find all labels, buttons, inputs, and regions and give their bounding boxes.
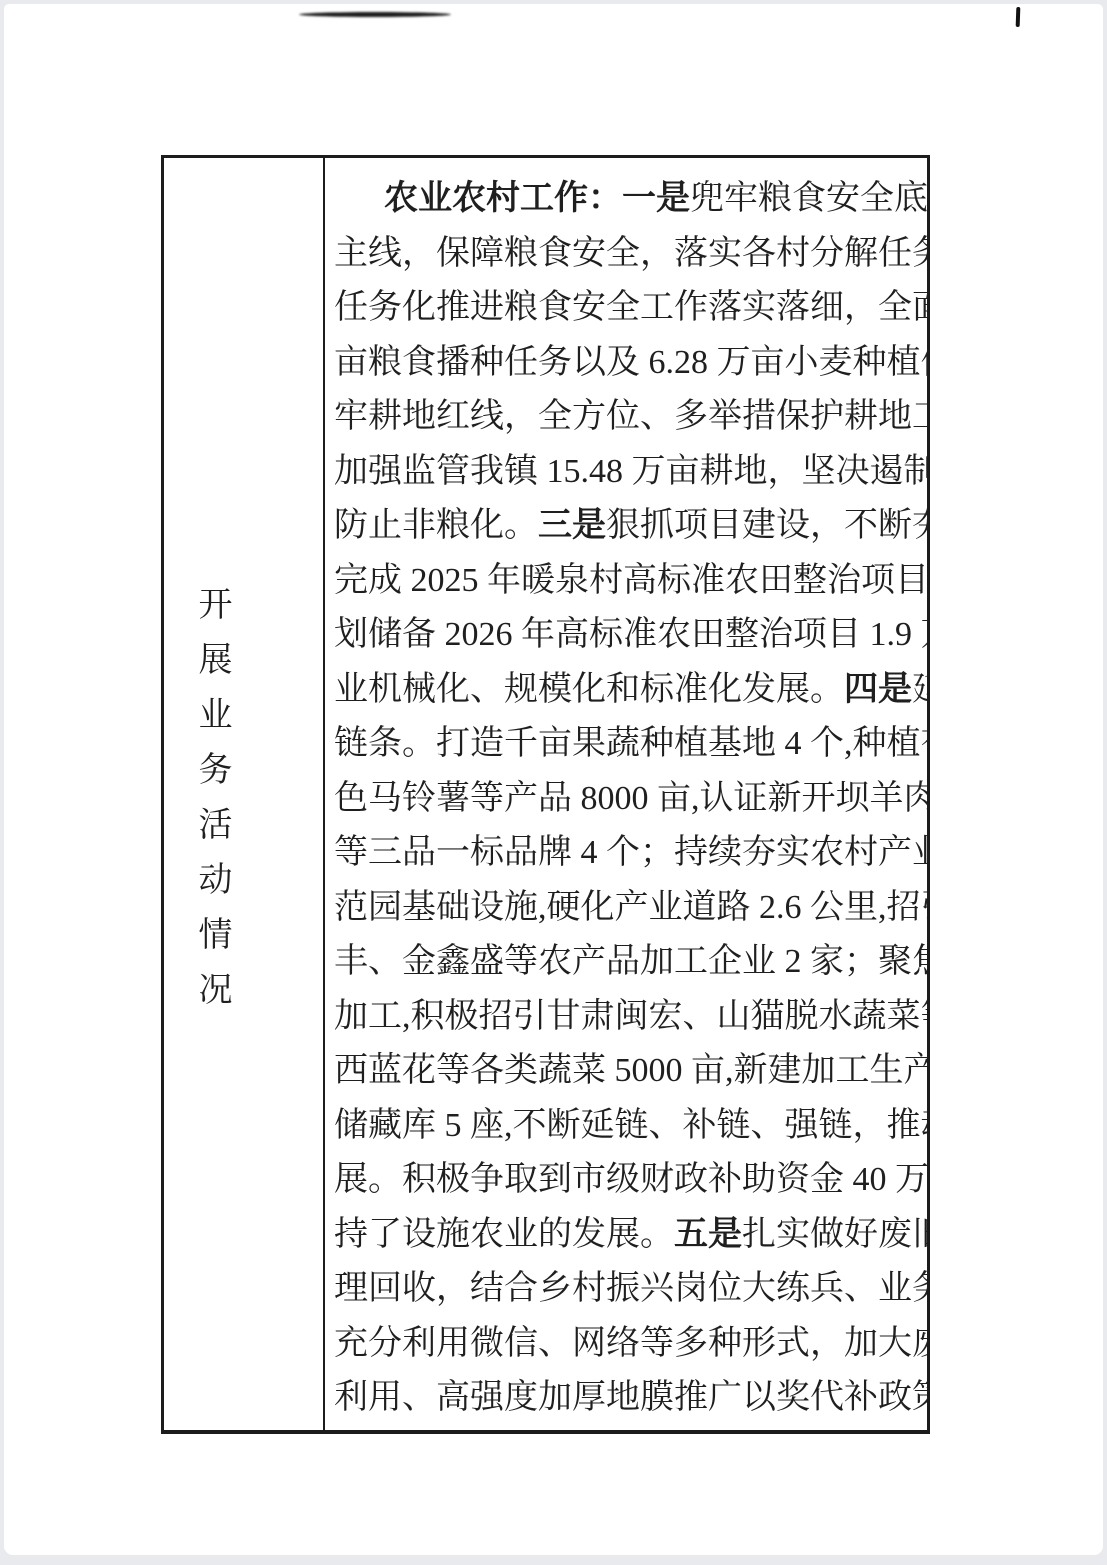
row-label-char: 展	[199, 629, 233, 684]
text-line: 储藏库 5 座,不断延链、补链、强链，推动产业链式发	[334, 1099, 917, 1154]
text-line: 利用、高强度加厚地膜推广以奖代补政策宣传力度，	[334, 1371, 917, 1426]
text-segment: 牢耕地红线，全方位、多举措保护耕地工作，全流程	[334, 398, 927, 435]
text-segment: 完成 2025 年暖泉村高标准农田整治项目 1.07 万亩,谋	[334, 562, 927, 599]
text-segment: 加工,积极招引甘肃闽宏、山猫脱水蔬菜等企业,种植	[334, 998, 927, 1035]
text-segment: 延伸壮大产业	[912, 671, 927, 708]
row-label-char: 活	[199, 794, 233, 849]
scan-smudge-artifact	[299, 12, 451, 17]
text-line: 任务化推进粮食安全工作落实落细，全面完成 10.7 万	[334, 281, 917, 336]
text-segment: 业机械化、规模化和标准化发展。	[334, 671, 844, 708]
text-line: 业机械化、规模化和标准化发展。四是延伸壮大产业	[334, 663, 917, 718]
text-line: 防止非粮化。三是狠抓项目建设，不断夯实农业基础，	[334, 499, 917, 554]
bold-text-segment: 四是	[844, 671, 912, 708]
text-line: 理回收，结合乡村振兴岗位大练兵、业务大比武活动，	[334, 1262, 917, 1317]
page-sheet: 开展业务活动情况 农业农村工作：一是兜牢粮食安全底线性任务为主线，保障粮食安全，…	[4, 4, 1103, 1555]
text-line: 主线，保障粮食安全，落实各村分解任务，以清单化、	[334, 227, 917, 282]
scanned-document-page: 开展业务活动情况 农业农村工作：一是兜牢粮食安全底线性任务为主线，保障粮食安全，…	[0, 0, 1107, 1565]
text-line: 丰、金鑫盛等农产品加工企业 2 家；聚焦农产品精深	[334, 935, 917, 990]
text-segment: 扎实做好废旧农膜污染治	[742, 1216, 927, 1253]
text-segment: 链条。打造千亩果蔬种植基地 4 个,种植有机亚麻、绿	[334, 725, 927, 762]
text-segment: 防止非粮化。	[334, 507, 538, 544]
text-segment: 加强监管我镇 15.48 万亩耕地，坚决遏制耕地非农化、	[334, 453, 927, 490]
activity-cell: 农业农村工作：一是兜牢粮食安全底线性任务为主线，保障粮食安全，落实各村分解任务，…	[325, 158, 927, 1430]
row-label-char: 况	[199, 959, 233, 1014]
text-segment: 展。积极争取到市级财政补助资金 40 万元，有力的支	[334, 1161, 927, 1198]
bold-text-segment: 农业农村工作：	[384, 180, 622, 217]
text-line: 牢耕地红线，全方位、多举措保护耕地工作，全流程	[334, 390, 917, 445]
bold-text-segment: 三是	[538, 507, 606, 544]
text-segment: 狠抓项目建设，不断夯实农业基础，	[606, 507, 927, 544]
text-line: 链条。打造千亩果蔬种植基地 4 个,种植有机亚麻、绿	[334, 717, 917, 772]
text-line: 充分利用微信、网络等多种形式，加大废旧地膜回收	[334, 1317, 917, 1372]
text-segment: 丰、金鑫盛等农产品加工企业 2 家；聚焦农产品精深	[334, 943, 927, 980]
row-label-char: 情	[199, 904, 233, 959]
text-segment: 任务化推进粮食安全工作落实落细，全面完成 10.7 万	[334, 289, 927, 326]
text-segment: 充分利用微信、网络等多种形式，加大废旧地膜回收	[334, 1325, 927, 1362]
text-line: 展。积极争取到市级财政补助资金 40 万元，有力的支	[334, 1153, 917, 1208]
text-segment: 西蓝花等各类蔬菜 5000 亩,新建加工生产线 4 条,建造	[334, 1052, 927, 1089]
text-segment: 主线，保障粮食安全，落实各村分解任务，以清单化、	[334, 235, 927, 272]
text-segment: 利用、高强度加厚地膜推广以奖代补政策宣传力度，	[334, 1379, 927, 1416]
scan-tick-artifact	[1016, 7, 1021, 27]
text-segment: 范园基础设施,硬化产业道路 2.6 公里,招引入驻久沃	[334, 889, 927, 926]
bold-text-segment: 五是	[674, 1216, 742, 1253]
row-label-cell: 开展业务活动情况	[164, 158, 325, 1430]
text-line: 范园基础设施,硬化产业道路 2.6 公里,招引入驻久沃	[334, 881, 917, 936]
row-label-vertical-text: 开展业务活动情况	[199, 574, 233, 1014]
activity-text: 农业农村工作：一是兜牢粮食安全底线性任务为主线，保障粮食安全，落实各村分解任务，…	[334, 172, 917, 1426]
text-line: 色马铃薯等产品 8000 亩,认证新开坝羊肉、贝贝南瓜	[334, 772, 917, 827]
text-line: 加强监管我镇 15.48 万亩耕地，坚决遏制耕地非农化、	[334, 445, 917, 500]
report-table: 开展业务活动情况 农业农村工作：一是兜牢粮食安全底线性任务为主线，保障粮食安全，…	[161, 155, 930, 1434]
text-segment: 储藏库 5 座,不断延链、补链、强链，推动产业链式发	[334, 1107, 927, 1144]
text-segment: 色马铃薯等产品 8000 亩,认证新开坝羊肉、贝贝南瓜	[334, 780, 927, 817]
row-label-char: 业	[199, 684, 233, 739]
bold-text-segment: 一是	[622, 180, 690, 217]
row-label-char: 动	[199, 849, 233, 904]
text-line: 等三品一标品牌 4 个；持续夯实农村产业融合发展示	[334, 826, 917, 881]
text-line: 完成 2025 年暖泉村高标准农田整治项目 1.07 万亩,谋	[334, 554, 917, 609]
text-segment: 亩粮食播种任务以及 6.28 万亩小麦种植任务。	[334, 344, 927, 381]
text-segment: 理回收，结合乡村振兴岗位大练兵、业务大比武活动，	[334, 1270, 927, 1307]
text-line: 农业农村工作：一是兜牢粮食安全底线性任务为	[334, 172, 917, 227]
row-label-char: 务	[199, 739, 233, 794]
text-line: 西蓝花等各类蔬菜 5000 亩,新建加工生产线 4 条,建造	[334, 1044, 917, 1099]
text-line: 亩粮食播种任务以及 6.28 万亩小麦种植任务。二是守	[334, 336, 917, 391]
text-segment: 持了设施农业的发展。	[334, 1216, 674, 1253]
text-segment: 等三品一标品牌 4 个；持续夯实农村产业融合发展示	[334, 834, 927, 871]
text-line: 划储备 2026 年高标准农田整治项目 1.9 万亩，促进农	[334, 608, 917, 663]
text-segment: 兜牢粮食安全底线性任务为	[690, 180, 927, 217]
text-line: 持了设施农业的发展。五是扎实做好废旧农膜污染治	[334, 1208, 917, 1263]
row-label-char: 开	[199, 574, 233, 629]
text-line: 加工,积极招引甘肃闽宏、山猫脱水蔬菜等企业,种植	[334, 990, 917, 1045]
text-segment: 划储备 2026 年高标准农田整治项目 1.9 万亩，促进农	[334, 616, 927, 653]
